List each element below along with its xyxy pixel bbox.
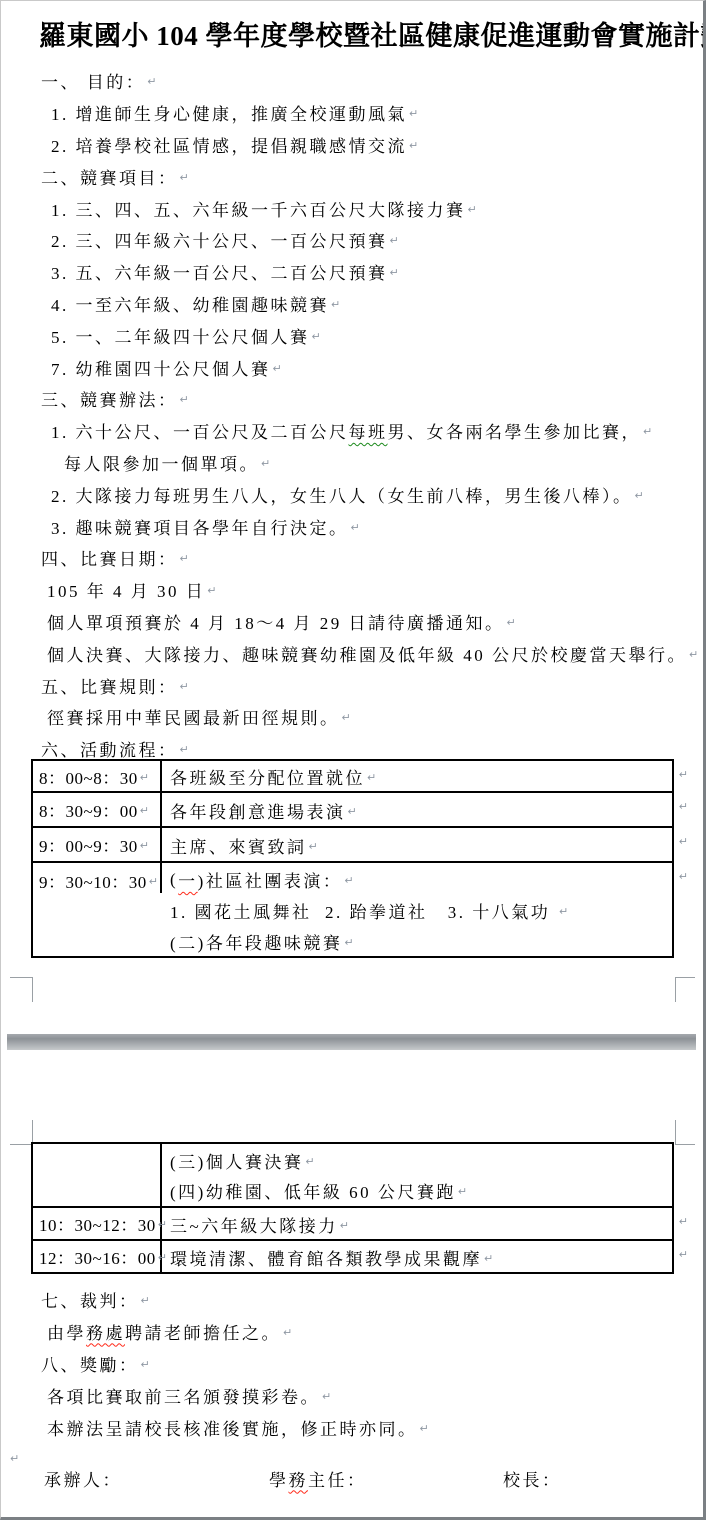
- doc-line: 2. 三、四年級六十公尺、一百公尺預賽↵: [1, 224, 706, 256]
- line-text: 主席、來賓致詞: [170, 833, 307, 858]
- doc-line: 二、競賽項目：↵: [1, 160, 706, 192]
- table-row: 8：00~8：30↵ 各班級至分配位置就位↵ ↵: [33, 761, 672, 793]
- activity-cell: (三)個人賽決賽↵ (四)幼稚園、低年級 60 公尺賽跑↵: [162, 1144, 672, 1206]
- signature-label: 承辦人：: [44, 1463, 122, 1493]
- pilcrow-mark: ↵: [342, 711, 351, 724]
- doc-line: 徑賽採用中華民國最新田徑規則。↵: [1, 701, 706, 733]
- pilcrow-mark: ↵: [180, 552, 189, 565]
- pilcrow-mark: ↵: [409, 139, 418, 152]
- line-text: 徑賽採用中華民國最新田徑規則。: [47, 704, 340, 729]
- time-text: 8：00~8：30: [39, 764, 138, 789]
- doc-line: 4. 一至六年級、幼稚園趣味競賽↵: [1, 288, 706, 320]
- pilcrow-mark: ↵: [158, 1251, 167, 1264]
- time-text: 8：30~9：00: [39, 797, 138, 822]
- spellcheck-marked-text: 務處: [86, 1319, 125, 1344]
- time-text: 9：00~9：30: [39, 832, 138, 857]
- line-text: 五、比賽規則：: [41, 673, 178, 698]
- line-text: 3. 趣味競賽項目各學年自行決定。: [51, 514, 349, 539]
- line-text: (二)各年段趣味競賽: [170, 929, 342, 954]
- line-text: 各項比賽取前三名頒發摸彩卷。: [47, 1383, 320, 1408]
- line-text: )社區社團表演：: [198, 867, 343, 892]
- activity-cell: 三~六年級大隊接力↵: [162, 1208, 672, 1239]
- line-text: 七、裁判：: [41, 1287, 139, 1312]
- time-cell: 8：00~8：30↵: [33, 761, 162, 791]
- pilcrow-mark: ↵: [141, 1294, 150, 1307]
- pilcrow-mark: ↵: [679, 835, 688, 848]
- doc-line: 5. 一、二年級四十公尺個人賽↵: [1, 319, 706, 351]
- line-text: 一、 目的：: [41, 68, 145, 93]
- page1-body: 一、 目的：↵ 1. 增進師生身心健康，推廣全校運動風氣↵ 2. 培養學校社區情…: [1, 65, 706, 765]
- doc-line: 每人限參加一個單項。↵: [1, 447, 706, 479]
- spellcheck-marked-text: 一: [178, 867, 198, 892]
- activity-line: 各年段創意進場表演↵: [170, 795, 672, 826]
- line-text: 3. 五、六年級一百公尺、二百公尺預賽: [51, 259, 388, 284]
- schedule-table-page1: 8：00~8：30↵ 各班級至分配位置就位↵ ↵ 8：30~9：00↵ 各年段創…: [31, 759, 674, 958]
- line-text: 4. 一至六年級、幼稚園趣味競賽: [51, 291, 329, 316]
- time-cell: 12：30~16：00↵: [33, 1241, 162, 1272]
- line-text: 承辦人：: [44, 1466, 122, 1491]
- pilcrow-mark: ↵: [141, 1358, 150, 1371]
- line-text: 1. 三、四、五、六年級一千六百公尺大隊接力賽: [51, 196, 466, 221]
- pilcrow-mark: ↵: [468, 203, 477, 216]
- line-text: 由學: [47, 1319, 86, 1344]
- doc-line: 1. 六十公尺、一百公尺及二百公尺每班男、女各兩名學生參加比賽，↵: [1, 415, 706, 447]
- pilcrow-mark: ↵: [344, 874, 353, 887]
- line-text: 八、獎勵：: [41, 1351, 139, 1376]
- time-cell: 9：00~9：30↵: [33, 828, 162, 861]
- pilcrow-mark: ↵: [149, 875, 158, 888]
- line-text: 三、競賽辦法：: [41, 386, 178, 411]
- doc-title-text: 羅東國小 104 學年度學校暨社區健康促進運動會實施計劃: [39, 14, 706, 53]
- pilcrow-mark: ↵: [331, 298, 340, 311]
- line-text: 7. 幼稚園四十公尺個人賽: [51, 355, 271, 380]
- time-text: 12：30~16：00: [39, 1244, 156, 1269]
- doc-line: 本辦法呈請校長核准後實施，修正時亦同。↵: [1, 1411, 706, 1443]
- time-cell: 10：30~12：30↵: [33, 1208, 162, 1239]
- activity-cell: 各年段創意進場表演↵: [162, 793, 672, 826]
- doc-line: 3. 五、六年級一百公尺、二百公尺預賽↵: [1, 256, 706, 288]
- line-text: 校長：: [503, 1466, 562, 1491]
- pilcrow-mark: ↵: [679, 1248, 688, 1261]
- pilcrow-mark: ↵: [507, 616, 516, 629]
- doc-title: 羅東國小 104 學年度學校暨社區健康促進運動會實施計劃↵: [39, 14, 699, 52]
- activity-cell: 主席、來賓致詞↵: [162, 828, 672, 861]
- pilcrow-mark: ↵: [180, 171, 189, 184]
- pilcrow-mark: ↵: [420, 1422, 429, 1435]
- time-text: 9：30~10：30: [39, 868, 147, 893]
- pilcrow-mark: ↵: [180, 743, 189, 756]
- activity-cell: 各班級至分配位置就位↵: [162, 761, 672, 791]
- crop-mark-top-right: [675, 1120, 695, 1145]
- pilcrow-mark: ↵: [273, 362, 282, 375]
- doc-line: 1. 三、四、五、六年級一千六百公尺大隊接力賽↵: [1, 192, 706, 224]
- activity-cell: 環境清潔、體育館各類教學成果觀摩↵: [162, 1241, 672, 1272]
- pilcrow-mark: ↵: [679, 800, 688, 813]
- pilcrow-mark: ↵: [679, 870, 688, 883]
- page-separator: [7, 1034, 696, 1050]
- line-text: (四)幼稚園、低年級 60 公尺賽跑: [170, 1178, 456, 1203]
- pilcrow-mark: ↵: [409, 107, 418, 120]
- pilcrow-mark: ↵: [322, 1390, 331, 1403]
- pilcrow-mark: ↵: [679, 768, 688, 781]
- doc-line: 四、比賽日期：↵: [1, 542, 706, 574]
- pilcrow-mark: ↵: [559, 905, 568, 918]
- page2-body: 七、裁判：↵ 由學務處聘請老師擔任之。↵ 八、獎勵：↵ 各項比賽取前三名頒發摸彩…: [1, 1283, 706, 1443]
- pilcrow-mark: ↵: [367, 771, 376, 784]
- crop-mark-bottom-left: [10, 977, 33, 1002]
- pilcrow-mark: ↵: [180, 680, 189, 693]
- line-text: 環境清潔、體育館各類教學成果觀摩: [170, 1245, 482, 1270]
- line-text: 1. 六十公尺、一百公尺及二百公尺: [51, 418, 349, 443]
- doc-line: 個人決賽、大隊接力、趣味競賽幼稚園及低年級 40 公尺於校慶當天舉行。↵: [1, 637, 706, 669]
- pilcrow-mark: ↵: [140, 804, 149, 817]
- pilcrow-mark: ↵: [340, 1219, 349, 1232]
- doc-line: 一、 目的：↵: [1, 65, 706, 97]
- pilcrow-mark: ↵: [351, 521, 360, 534]
- doc-line: 3. 趣味競賽項目各學年自行決定。↵: [1, 510, 706, 542]
- line-text: 2. 三、四年級六十公尺、一百公尺預賽: [51, 227, 388, 252]
- doc-line: 由學務處聘請老師擔任之。↵: [1, 1315, 706, 1347]
- activity-line: (三)個人賽決賽↵: [170, 1146, 672, 1176]
- table-row: 9：30~10：30↵ (一)社區社團表演：↵ 1. 國花土風舞社 2. 跆拳道…: [33, 863, 672, 956]
- doc-line: 1. 增進師生身心健康，推廣全校運動風氣↵: [1, 97, 706, 129]
- doc-line: 105 年 4 月 30 日↵: [1, 574, 706, 606]
- time-cell: 8：30~9：00↵: [33, 793, 162, 826]
- doc-line: 五、比賽規則：↵: [1, 669, 706, 701]
- doc-line: 三、競賽辦法：↵: [1, 383, 706, 415]
- pilcrow-mark: ↵: [180, 393, 189, 406]
- pilcrow-mark: ↵: [207, 584, 216, 597]
- line-text: 三~六年級大隊接力: [170, 1212, 338, 1237]
- line-text: 2. 培養學校社區情感，提倡親職感情交流: [51, 132, 407, 157]
- doc-line: 個人單項預賽於 4 月 18～4 月 29 日請待廣播通知。↵: [1, 606, 706, 638]
- time-text: 10：30~12：30: [39, 1211, 156, 1236]
- doc-line: 7. 幼稚園四十公尺個人賽↵: [1, 351, 706, 383]
- activity-line: 環境清潔、體育館各類教學成果觀摩↵: [170, 1242, 672, 1272]
- activity-line: 三~六年級大隊接力↵: [170, 1209, 672, 1239]
- line-text: 學: [269, 1466, 289, 1491]
- line-text: 主任：: [308, 1466, 367, 1491]
- line-text: (: [170, 870, 178, 890]
- signature-label: 校長：: [503, 1463, 562, 1493]
- table-row: 12：30~16：00↵ 環境清潔、體育館各類教學成果觀摩↵ ↵: [33, 1241, 672, 1272]
- time-cell: 9：30~10：30↵: [33, 863, 162, 893]
- pilcrow-mark: ↵: [348, 805, 357, 818]
- pilcrow-mark: ↵: [635, 489, 644, 502]
- doc-line: 八、獎勵：↵: [1, 1347, 706, 1379]
- spellcheck-marked-text: 每班: [349, 418, 388, 443]
- line-text: (三)個人賽決賽: [170, 1148, 303, 1173]
- pilcrow-mark: ↵: [344, 936, 353, 949]
- doc-line: 2. 培養學校社區情感，提倡親職感情交流↵: [1, 129, 706, 161]
- line-text: 各班級至分配位置就位: [170, 764, 365, 789]
- line-text: 1. 國花土風舞社 2. 跆拳道社 3. 十八氣功: [170, 898, 557, 923]
- pilcrow-mark: ↵: [643, 425, 652, 438]
- document-page-view: 羅東國小 104 學年度學校暨社區健康促進運動會實施計劃↵ 一、 目的：↵ 1.…: [0, 0, 706, 1520]
- table-row: 9：00~9：30↵ 主席、來賓致詞↵ ↵: [33, 828, 672, 863]
- pilcrow-mark: ↵: [158, 1218, 167, 1231]
- pilcrow-mark: ↵: [140, 839, 149, 852]
- crop-mark-bottom-right: [675, 977, 695, 1002]
- activity-line: (一)社區社團表演：↵: [170, 864, 672, 895]
- activity-line: 主席、來賓致詞↵: [170, 830, 672, 861]
- line-text: 各年段創意進場表演: [170, 798, 346, 823]
- line-text: 男、女各兩名學生參加比賽，: [388, 418, 642, 443]
- pilcrow-mark: ↵: [305, 1155, 314, 1168]
- doc-line: 七、裁判：↵: [1, 1283, 706, 1315]
- spellcheck-marked-text: 務: [289, 1466, 309, 1491]
- table-row: (三)個人賽決賽↵ (四)幼稚園、低年級 60 公尺賽跑↵: [33, 1144, 672, 1208]
- pilcrow-mark: ↵: [140, 771, 149, 784]
- pilcrow-mark: ↵: [309, 840, 318, 853]
- activity-line: (四)幼稚園、低年級 60 公尺賽跑↵: [170, 1176, 672, 1206]
- crop-mark-top-left: [10, 1120, 33, 1145]
- line-text: 聘請老師擔任之。: [125, 1319, 281, 1344]
- schedule-table-page2: (三)個人賽決賽↵ (四)幼稚園、低年級 60 公尺賽跑↵ 10：30~12：3…: [31, 1142, 674, 1274]
- doc-line: 各項比賽取前三名頒發摸彩卷。↵: [1, 1379, 706, 1411]
- activity-line: (二)各年段趣味競賽↵: [170, 926, 672, 957]
- pilcrow-mark: ↵: [261, 457, 270, 470]
- pilcrow-mark: ↵: [390, 266, 399, 279]
- pilcrow-mark: ↵: [390, 234, 399, 247]
- time-cell: [33, 1144, 162, 1206]
- line-text: 每人限參加一個單項。: [64, 450, 259, 475]
- pilcrow-mark: ↵: [679, 1215, 688, 1228]
- line-text: 六、活動流程：: [41, 736, 178, 761]
- pilcrow-mark: ↵: [147, 75, 156, 88]
- activity-line: 1. 國花土風舞社 2. 跆拳道社 3. 十八氣功 ↵: [170, 895, 672, 926]
- pilcrow-mark: ↵: [458, 1185, 467, 1198]
- line-text: 5. 一、二年級四十公尺個人賽: [51, 323, 310, 348]
- line-text: 個人單項預賽於 4 月 18～4 月 29 日請待廣播通知。: [47, 609, 505, 634]
- pilcrow-mark: ↵: [484, 1252, 493, 1265]
- activity-cell: (一)社區社團表演：↵ 1. 國花土風舞社 2. 跆拳道社 3. 十八氣功 ↵ …: [162, 863, 672, 957]
- signature-line: 承辦人： 學務主任： 校長：: [1, 1463, 706, 1493]
- signature-label: 學務主任：: [269, 1463, 367, 1493]
- pilcrow-mark: ↵: [689, 648, 698, 661]
- pilcrow-mark: ↵: [312, 330, 321, 343]
- line-text: 四、比賽日期：: [41, 545, 178, 570]
- doc-line: 2. 大隊接力每班男生八人，女生八人（女生前八棒，男生後八棒）。↵: [1, 478, 706, 510]
- line-text: 2. 大隊接力每班男生八人，女生八人（女生前八棒，男生後八棒）。: [51, 482, 633, 507]
- table-row: 10：30~12：30↵ 三~六年級大隊接力↵ ↵: [33, 1208, 672, 1241]
- line-text: 個人決賽、大隊接力、趣味競賽幼稚園及低年級 40 公尺於校慶當天舉行。: [47, 641, 687, 666]
- table-row: 8：30~9：00↵ 各年段創意進場表演↵ ↵: [33, 793, 672, 828]
- line-text: 二、競賽項目：: [41, 164, 178, 189]
- activity-line: 各班級至分配位置就位↵: [170, 762, 672, 791]
- pilcrow-mark: ↵: [283, 1326, 292, 1339]
- line-text: 1. 增進師生身心健康，推廣全校運動風氣: [51, 100, 407, 125]
- line-text: 105 年 4 月 30 日: [47, 577, 205, 602]
- line-text: 本辦法呈請校長核准後實施，修正時亦同。: [47, 1415, 418, 1440]
